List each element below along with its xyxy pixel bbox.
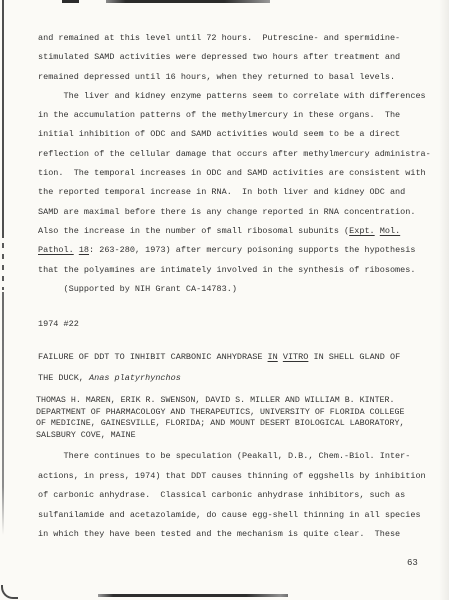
text-line: The liver and kidney enzyme patterns see… (38, 87, 431, 106)
abstract-title: FAILURE OF DDT TO INHIBIT CARBONIC ANHYD… (38, 347, 400, 388)
text-line: Pathol. 18: 263-280, 1973) after mercury… (38, 241, 431, 260)
text-line: tion. The temporal increases in ODC and … (38, 164, 431, 183)
scan-artifact-left-border (2, 0, 4, 238)
abstract-continuation-text: and remained at this level until 72 hour… (38, 29, 431, 299)
text-line: and remained at this level until 72 hour… (38, 29, 431, 48)
text-line: Also the increase in the number of small… (38, 222, 431, 241)
text-line: stimulated SAMD activities were depresse… (38, 48, 431, 67)
text-line: remained depressed until 16 hours, when … (38, 68, 431, 87)
text-line: initial inhibition of ODC and SAMD activ… (38, 125, 431, 144)
text-line: sulfanilamide and acetazolamide, do caus… (38, 506, 426, 526)
text-line: There continues to be speculation (Peaka… (38, 447, 426, 467)
entry-number: 1974 #22 (38, 318, 79, 330)
text-line: THE DUCK, Anas platyrhynchos (38, 368, 400, 389)
text-line: that the polyamines are intimately invol… (38, 261, 431, 280)
text-line: in the accumulation patterns of the meth… (38, 106, 431, 125)
text-line: reflection of the cellular damage that o… (38, 145, 431, 164)
text-line: actions, in press, 1974) that DDT causes… (38, 467, 426, 487)
text-line: (Supported by NIH Grant CA-14783.) (38, 280, 431, 299)
text-line: FAILURE OF DDT TO INHIBIT CARBONIC ANHYD… (38, 347, 400, 368)
page-number: 63 (407, 557, 418, 569)
scan-artifact-right-shade (439, 0, 449, 600)
authors-and-affiliation: THOMAS H. MAREN, ERIK R. SWENSON, DAVID … (36, 395, 404, 441)
text-line: in which they have been tested and the m… (38, 525, 426, 545)
text-line: THOMAS H. MAREN, ERIK R. SWENSON, DAVID … (36, 395, 404, 407)
scan-artifact-left-border-dashed (2, 243, 4, 290)
text-line: DEPARTMENT OF PHARMACOLOGY AND THERAPEUT… (36, 407, 404, 419)
text-line: SALSBURY COVE, MAINE (36, 430, 404, 442)
scan-artifact-top-line (106, 0, 270, 3)
scan-artifact-top-dash (62, 0, 79, 3)
scan-artifact-bottom-line (98, 594, 288, 597)
text-line: OF MEDICINE, GAINESVILLE, FLORIDA; AND M… (36, 418, 404, 430)
scan-artifact-corner-hook (1, 585, 18, 599)
scanned-page: and remained at this level until 72 hour… (0, 0, 449, 600)
text-line: of carbonic anhydrase. Classical carboni… (38, 486, 426, 506)
scan-artifact-left-border-faded (2, 292, 3, 535)
text-line: SAMD are maximal before there is any cha… (38, 203, 431, 222)
abstract-body-text: There continues to be speculation (Peaka… (38, 447, 426, 545)
text-line: the reported temporal increase in RNA. I… (38, 183, 431, 202)
